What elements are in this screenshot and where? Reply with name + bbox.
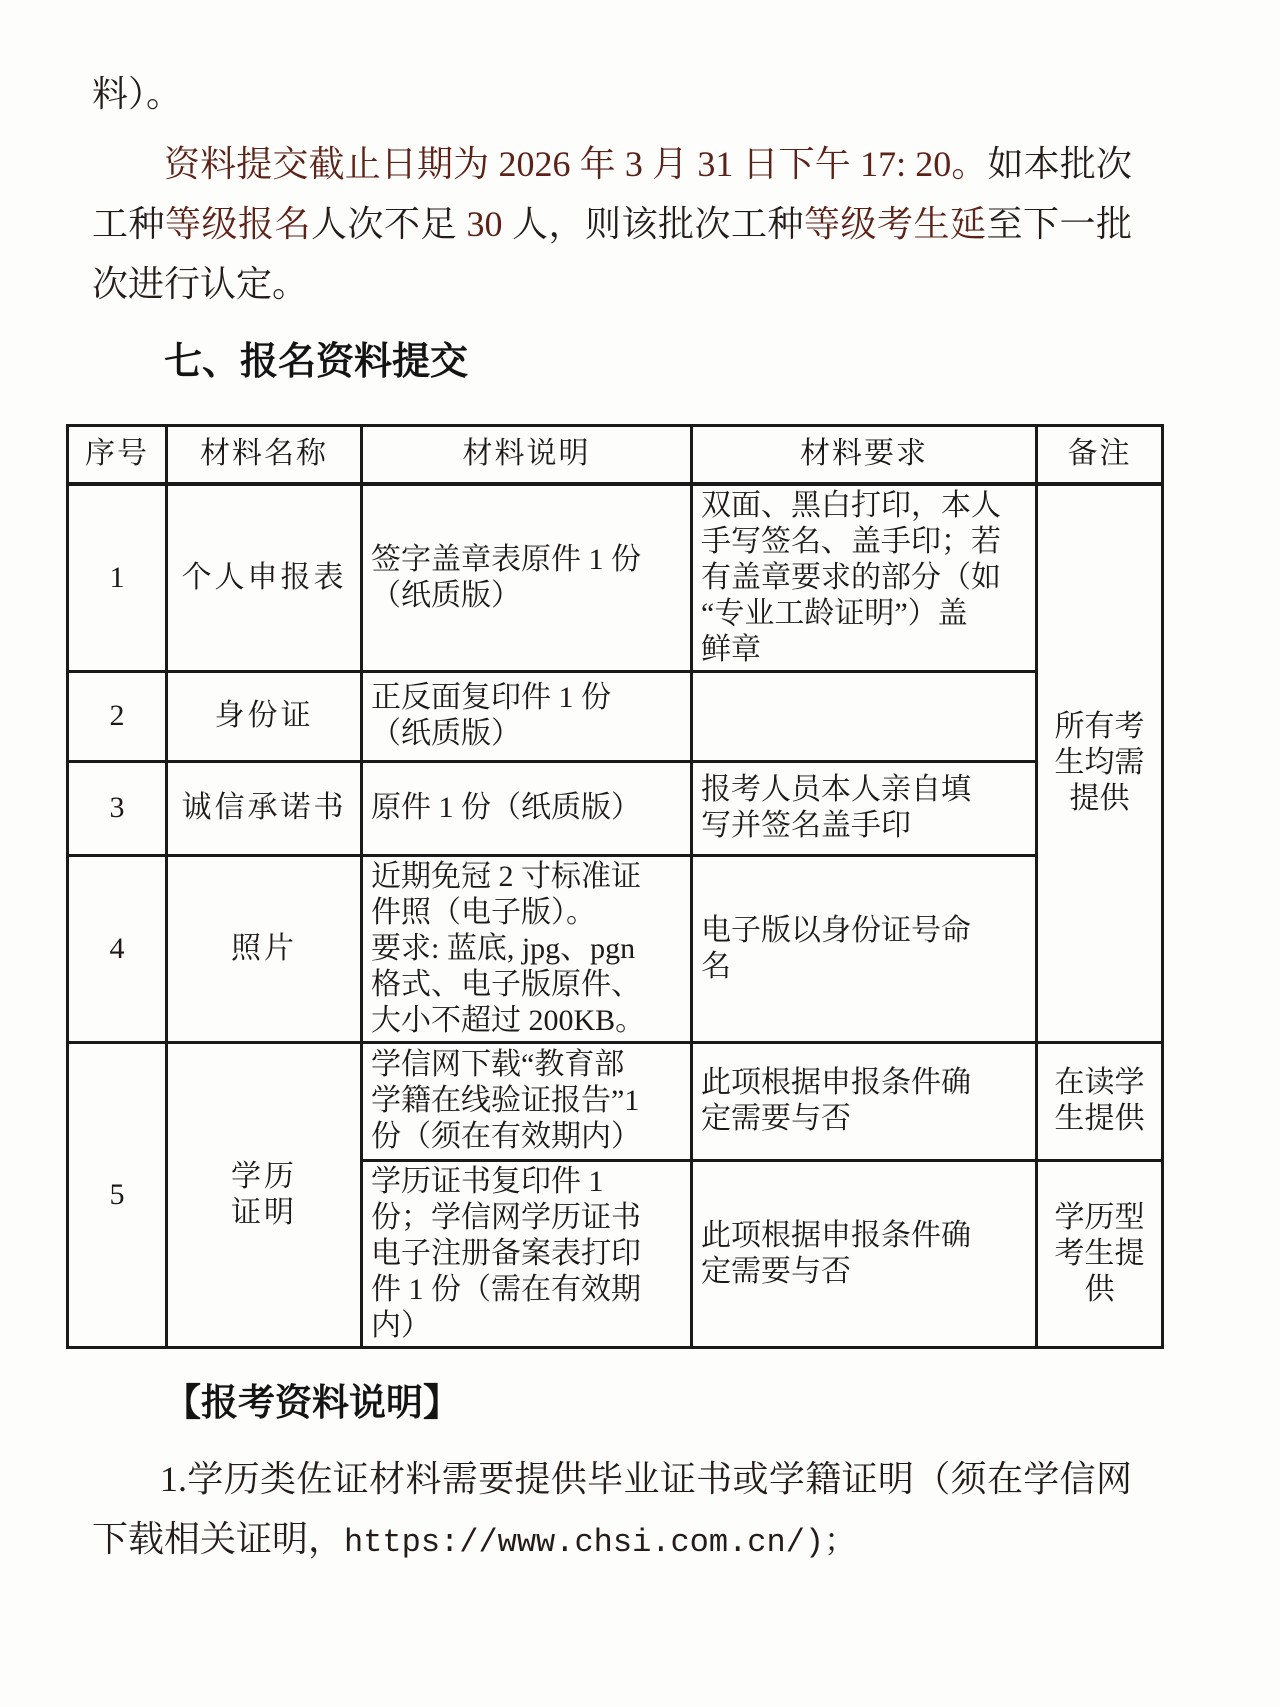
header-cell-serial: 序号 [68,426,167,484]
header-cell-desc: 材料说明 [362,426,692,484]
section-heading: 七、报名资料提交 [164,338,1280,386]
material-req-cell: 此项根据申报条件确 定需要与否 [692,1042,1037,1160]
notes-heading: 【报考资料说明】 [164,1379,1280,1427]
material-desc-cell: 原件 1 份（纸质版） [362,761,692,855]
material-req-cell: 双面、黑白打印，本人 手写签名、盖手印；若 有盖章要求的部分（如 “专业工龄证明… [692,484,1037,672]
table-row: 1 个人申报表 签字盖章表原件 1 份 （纸质版） 双面、黑白打印，本人 手写签… [68,484,1163,672]
paragraph-segment: 30 [466,204,502,244]
serial-cell: 1 [68,484,167,672]
material-desc-cell: 签字盖章表原件 1 份 （纸质版） [362,484,692,672]
footnote-paragraph: 1.学历类佐证材料需要提供毕业证书或学籍证明（须在学信网下载相关证明，https… [92,1449,1132,1573]
material-req-cell: 报考人员本人亲自填 写并签名盖手印 [692,761,1037,855]
leading-line: 料）。 [92,64,1140,124]
material-name-cell: 身份证 [167,671,362,761]
note-cell: 学历型 考生提 供 [1037,1160,1163,1347]
material-desc-cell: 正反面复印件 1 份 （纸质版） [362,671,692,761]
material-name-cell: 诚信承诺书 [167,761,362,855]
document-page: 料）。 资料提交截止日期为 2026 年 3 月 31 日下午 17: 20。如… [0,0,1280,1707]
material-req-cell: 此项根据申报条件确 定需要与否 [692,1160,1037,1347]
table-row: 2 身份证 正反面复印件 1 份 （纸质版） [68,671,1163,761]
paragraph-segment: 人次不足 [311,204,466,244]
table-header-row: 序号 材料名称 材料说明 材料要求 备注 [68,426,1163,484]
material-desc-cell: 学历证书复印件 1 份；学信网学历证书 电子注册备案表打印 件 1 份（需在有效… [362,1160,692,1347]
serial-cell: 4 [68,855,167,1042]
material-name-cell: 个人申报表 [167,484,362,672]
table-row: 3 诚信承诺书 原件 1 份（纸质版） 报考人员本人亲自填 写并签名盖手印 [68,761,1163,855]
material-desc-cell: 近期免冠 2 寸标准证 件照（电子版）。 要求: 蓝底, jpg、pgn 格式、… [362,855,692,1042]
material-name-cell: 学历 证明 [167,1042,362,1347]
table-row: 5 学历 证明 学信网下载“教育部 学籍在线验证报告”1 份（须在有效期内） 此… [68,1042,1163,1160]
serial-cell: 3 [68,761,167,855]
serial-cell: 2 [68,671,167,761]
paragraph-segment: 资料提交截止日期为 2026 年 3 月 31 日下午 17: 20。 [164,144,988,184]
materials-table: 序号 材料名称 材料说明 材料要求 备注 1 个人申报表 签字盖章表原件 1 份… [66,424,1164,1349]
table-row: 4 照片 近期免冠 2 寸标准证 件照（电子版）。 要求: 蓝底, jpg、pg… [68,855,1163,1042]
header-cell-note: 备注 [1037,426,1163,484]
material-desc-cell: 学信网下载“教育部 学籍在线验证报告”1 份（须在有效期内） [362,1042,692,1160]
header-cell-name: 材料名称 [167,426,362,484]
serial-cell: 5 [68,1042,167,1347]
merged-note-cell: 所有考 生均需 提供 [1037,484,1163,1043]
paragraph-segment: 等级考生延 [804,204,986,244]
material-req-cell: 电子版以身份证号命 名 [692,855,1037,1042]
material-name-cell: 照片 [167,855,362,1042]
material-req-cell [692,671,1037,761]
note-cell: 在读学 生提供 [1037,1042,1163,1160]
paragraph-segment: 人，则该批次工种 [502,204,803,244]
deadline-paragraph: 资料提交截止日期为 2026 年 3 月 31 日下午 17: 20。如本批次工… [92,134,1132,314]
paragraph-segment: 等级报名 [165,204,311,244]
footnote-url: https://www.chsi.com.cn/)； [344,1524,856,1561]
header-cell-req: 材料要求 [692,426,1037,484]
